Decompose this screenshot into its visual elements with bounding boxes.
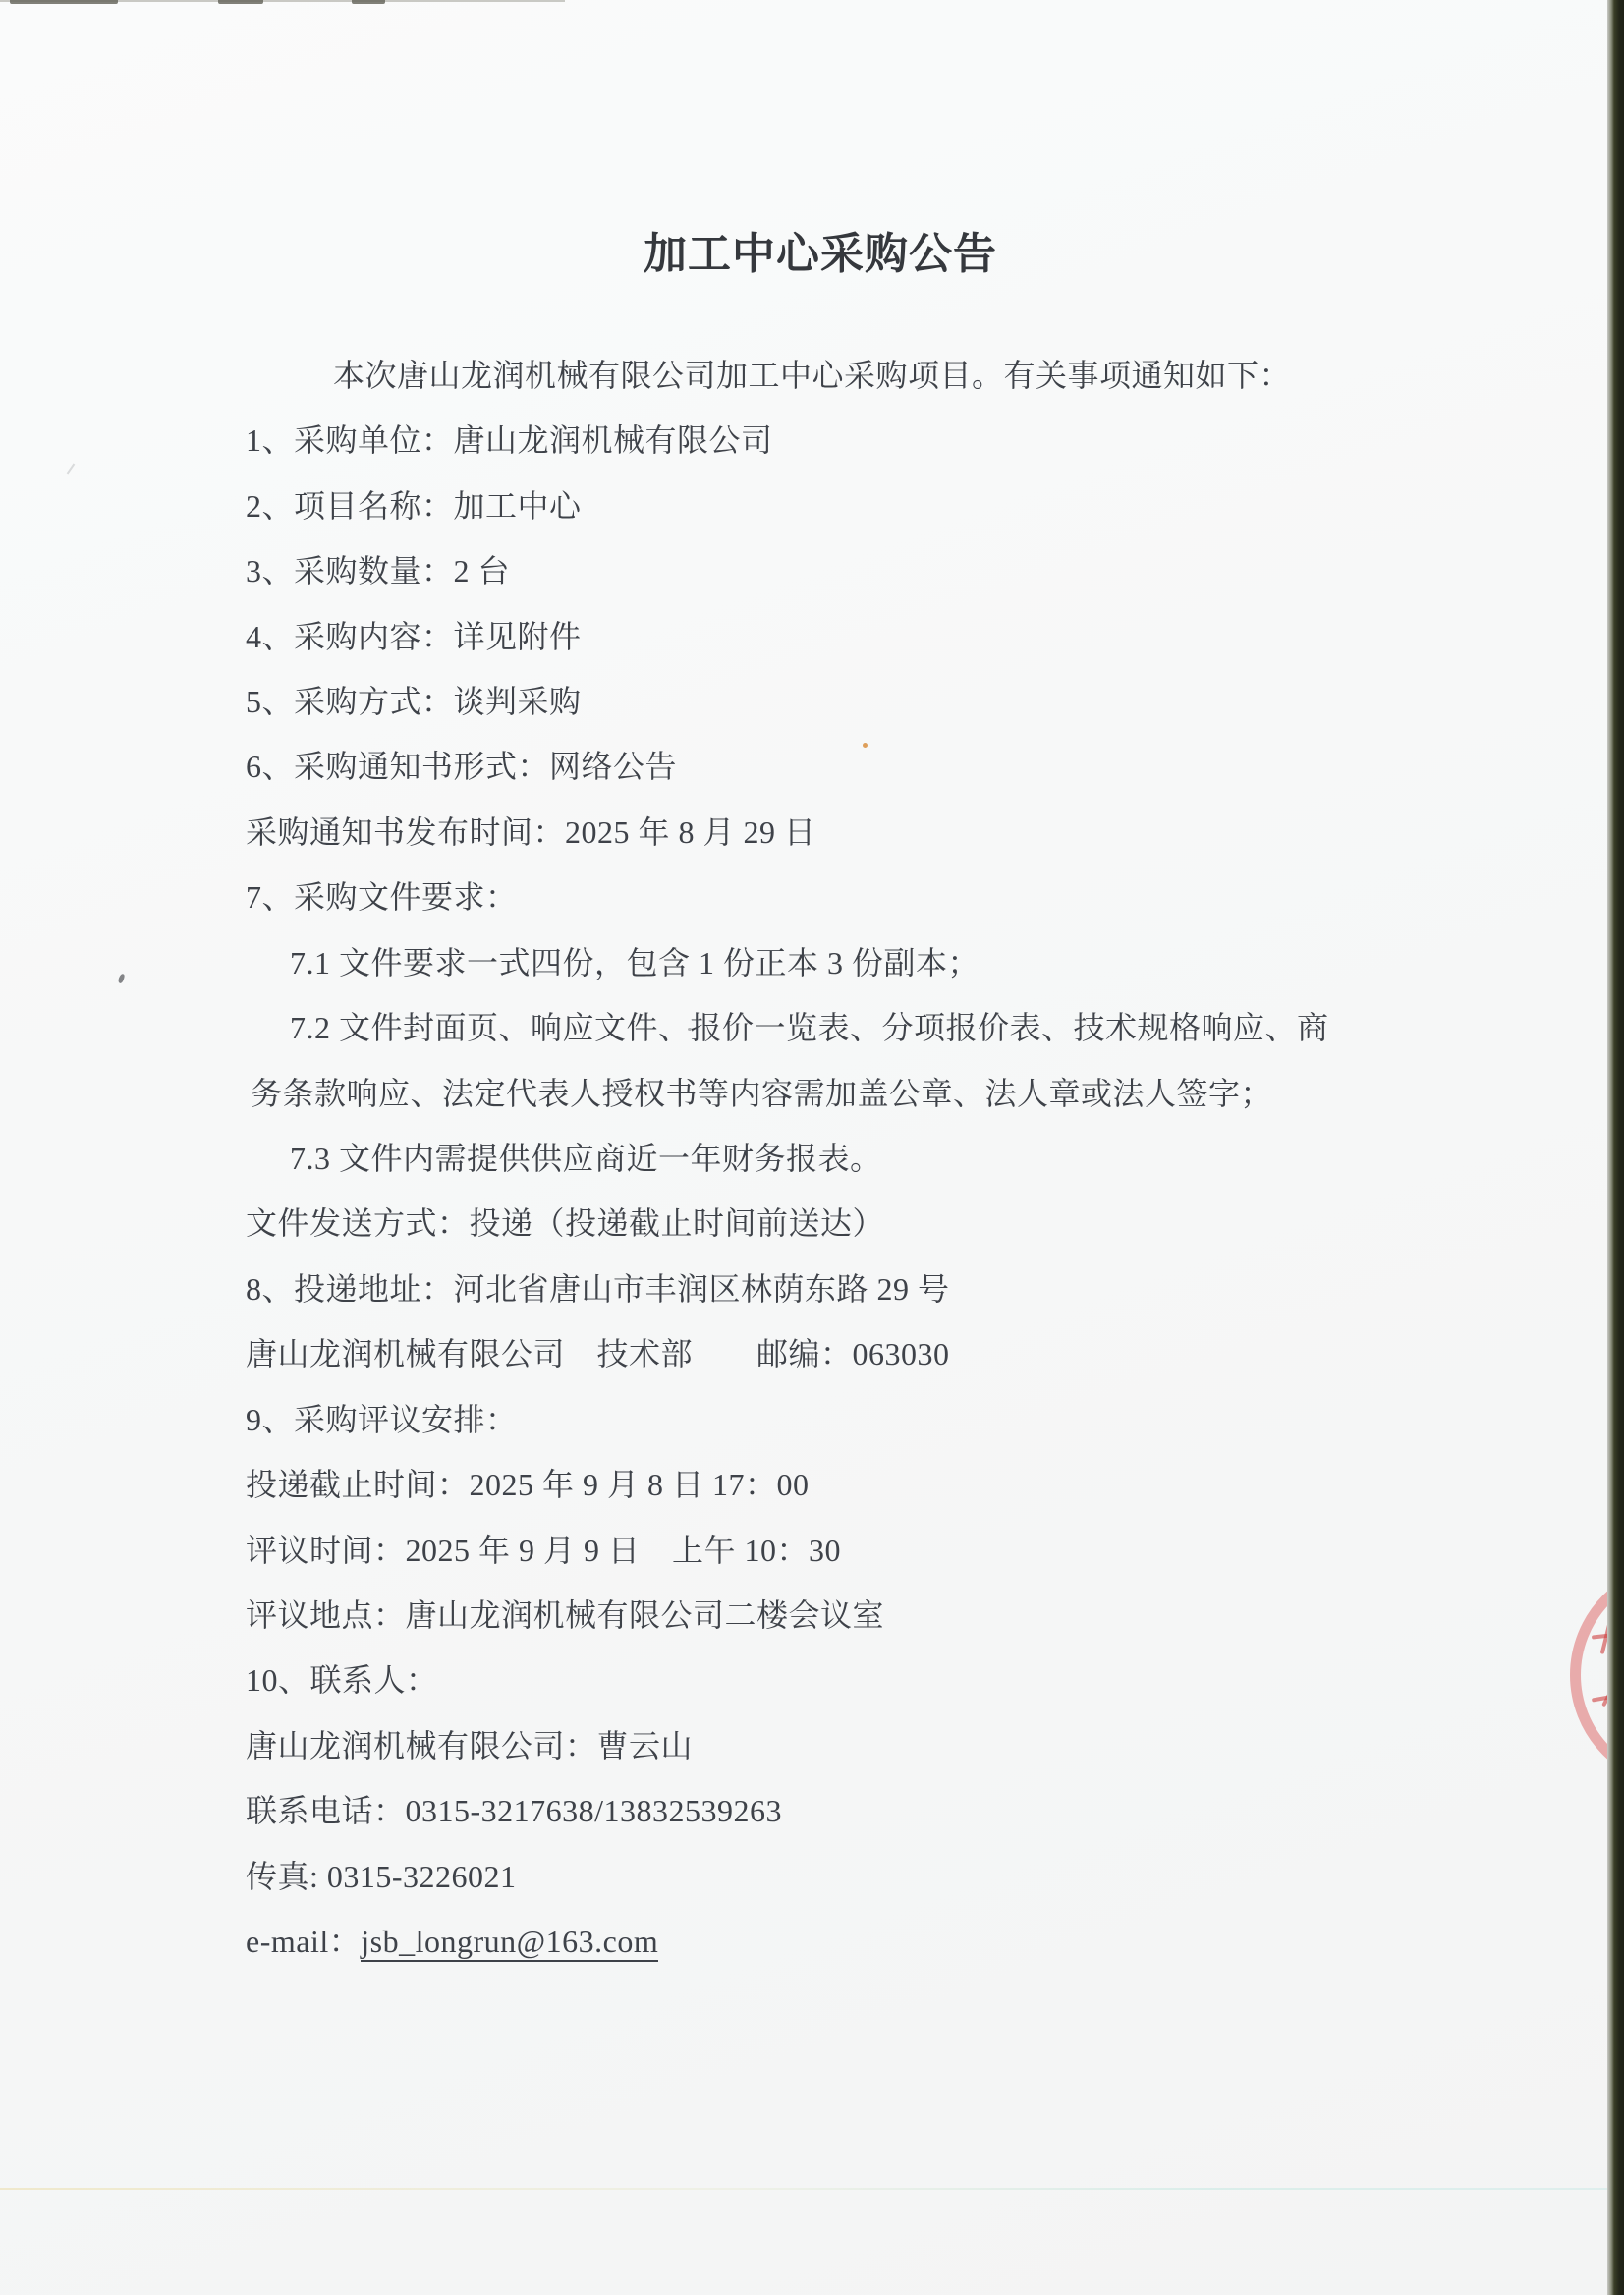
text-line: 唐山龙润机械有限公司 技术部 邮编：063030 [246,1338,950,1371]
text-line: 4、采购内容：详见附件 [246,621,582,653]
text-line: 7.2 文件封面页、响应文件、报价一览表、分项报价表、技术规格响应、商 [290,1012,1329,1044]
scanner-top-edge-segment [10,0,118,4]
text-line: 投递截止时间：2025 年 9 月 8 日 17：00 [246,1469,810,1501]
text-line: 3、采购数量：2 台 [246,555,510,588]
scanner-top-edge-segment [352,0,385,4]
text-line: 10、联系人： [246,1664,438,1697]
text-line: 联系电话：0315-3217638/13832539263 [246,1795,782,1827]
text-line: 本次唐山龙润机械有限公司加工中心采购项目。有关事项通知如下： [333,360,1291,392]
text-line: 9、采购评议安排： [246,1404,518,1436]
text-line: 6、采购通知书形式：网络公告 [246,751,677,783]
scanned-document-page: 加工中心采购公告 本次唐山龙润机械有限公司加工中心采购项目。有关事项通知如下：1… [0,0,1624,2295]
text-line: 5、采购方式：谈判采购 [246,686,582,718]
scan-speck [863,743,868,748]
email-address: jsb_longrun@163.com [361,1924,658,1962]
text-line: 务条款响应、法定代表人授权书等内容需加盖公章、法人章或法人签字； [251,1078,1272,1110]
text-line: 7、采购文件要求： [246,881,518,914]
text-line: 文件发送方式：投递（投递截止时间前送达） [246,1207,884,1240]
text-line: 评议地点：唐山龙润机械有限公司二楼会议室 [246,1599,884,1632]
text-line: e-mail：jsb_longrun@163.com [246,1926,658,1958]
scan-speck [118,973,126,983]
text-line: 7.1 文件要求一式四份，包含 1 份正本 3 份副本； [290,947,980,980]
text-line: 7.3 文件内需提供供应商近一年财务报表。 [290,1143,882,1175]
text-line: 1、采购单位：唐山龙润机械有限公司 [246,424,773,457]
text-line: 唐山龙润机械有限公司：曹云山 [246,1730,693,1763]
scan-speck [67,464,76,475]
text-line: 评议时间：2025 年 9 月 9 日 上午 10：30 [246,1535,841,1567]
scanner-right-edge-band [1607,0,1624,2295]
scanner-artifact-line [0,2188,1607,2190]
scanner-top-edge-segment [218,0,263,4]
text-line: 2、项目名称：加工中心 [246,490,582,523]
page-title: 加工中心采购公告 [644,218,997,281]
scan-speck [688,1028,692,1031]
text-line: 传真: 0315-3226021 [246,1861,517,1893]
text-line: 8、投递地址：河北省唐山市丰润区林荫东路 29 号 [246,1273,950,1306]
text-line: 采购通知书发布时间：2025 年 8 月 29 日 [246,816,816,849]
scan-speck [808,1031,811,1034]
